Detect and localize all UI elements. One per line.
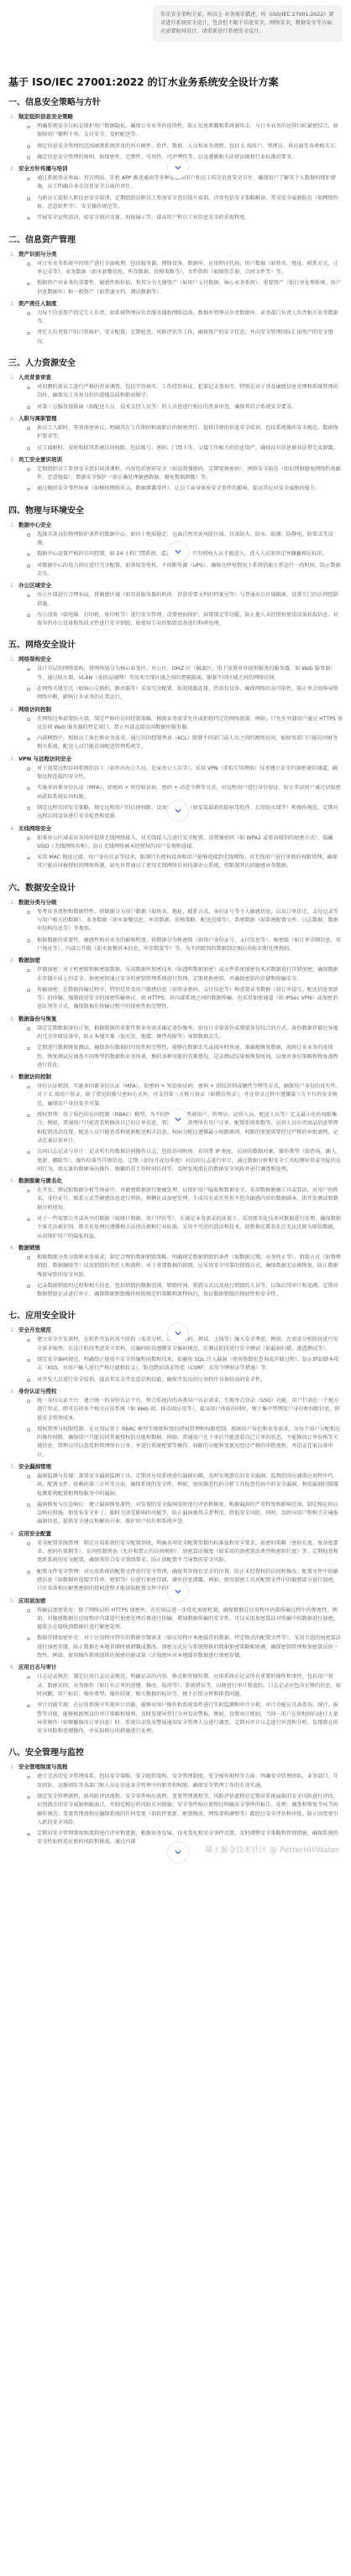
subsection-heading: 1.数据分类与分级 <box>8 898 343 907</box>
list-item: 在开发、测试和数据分析等场景中，对敏感数据进行脱敏处理，以保护用户隐私和数据安全… <box>27 1187 343 1213</box>
subsection-title: 应用安全配置 <box>18 1529 51 1539</box>
hollow-circle-bullet-icon <box>27 767 30 771</box>
subsection-number: 3. <box>8 1462 18 1472</box>
list-item-text: 审计功能实现：在应用系统中实现审计功能，能够对用户操作和系统事件进行实时监测和审… <box>37 1702 338 1734</box>
hollow-circle-bullet-icon <box>27 332 30 335</box>
subsection-number: 1. <box>8 1326 18 1335</box>
subsection-heading: 2.身份认证与授权 <box>8 1387 343 1396</box>
list-item: 明确系统安全目标是保护用户数据隐私、确保订水业务的连续性、防止信息泄露和系统被攻… <box>27 122 343 140</box>
subsection-title: 安全漏洞管理 <box>18 1462 51 1472</box>
list-item-text: 在网络关键节点（如核心交换机、路由器等）采用冗余配置，如双链路连接、热备份设备，… <box>37 686 338 700</box>
bullet-list: 为每个信息资产指定专人负责，如系统管理员负责服务器和网络设备，数据库管理员负责数… <box>8 309 343 346</box>
list-item: 漏洞监测与发现：部署安全漏洞监测工具，定期对应用系统进行漏洞扫描，及时发现潜在的… <box>27 1472 343 1498</box>
subsection-heading: 6.数据销毁 <box>8 1244 343 1253</box>
subsection-title: 身份认证与授权 <box>18 1387 57 1396</box>
hollow-circle-bullet-icon <box>27 787 30 791</box>
subsection-number: 1. <box>8 898 18 907</box>
list-item: 审计功能实现：在应用系统中实现审计功能，能够对用户操作和系统事件进行实时监测和审… <box>27 1701 343 1736</box>
section-title: 七、应用安全设计 <box>8 1311 343 1322</box>
subsection-number: 4. <box>8 824 18 834</box>
list-item-text: 定期组织员工参加安全意识培训课程，内容包括密码安全（如设置强密码、定期更换密码）… <box>37 466 341 480</box>
list-item-text: 在网络边界部署防火墙，制定严格的访问控制策略，根据业务需求允许或拒绝特定的网络流… <box>37 716 343 730</box>
subsection-number: 3. <box>8 755 18 764</box>
hollow-circle-bullet-icon <box>27 1359 30 1363</box>
list-item: 根据数据分类分级和业务需求，制定合理的数据销毁策略。明确规定数据销毁的条件（如数… <box>27 1254 343 1280</box>
hollow-circle-bullet-icon <box>27 1609 30 1613</box>
list-item: 制定安全管理流程，如风险评估流程、安全事件响应流程、变更管理流程等。风险评估流程… <box>27 1793 343 1827</box>
bullet-list: 根据数据分类分级和业务需求，制定合理的数据销毁策略。明确规定数据销毁的条件（如数… <box>8 1254 343 1299</box>
subsection-number: 4. <box>8 1072 18 1082</box>
user-prompt-bubble: 你是安全架构专家，按以上 业务需求描述，按《ISO/IEC 27001:2022… <box>153 5 343 42</box>
list-item-text: 身份认证机制：实施多因素身份认证（MFA），如密码 + 短信验证码、密码 + 指… <box>37 1083 341 1107</box>
subsection-number: 5. <box>8 1176 18 1186</box>
subsection-number: 1. <box>8 373 18 382</box>
list-item: 安全配置基线管理：制定应用系统的安全配置基线，明确各项安全配置参数的标准值和安全… <box>27 1540 343 1566</box>
bullet-list: 对订水业务系统中的资产进行全面梳理，包括服务器、网络设备、数据库、应用程序代码、… <box>8 260 343 297</box>
subsection-number: 4. <box>8 1529 18 1539</box>
bullet-list: 如果办公区域或业务场所提供无线网络接入，对无线接入点进行安全配置，设置强密码（如… <box>8 834 343 871</box>
subsection-number: 2. <box>8 581 18 590</box>
hollow-circle-bullet-icon <box>27 1504 30 1507</box>
list-item: 记录数据销毁的过程和相关信息，包括销毁的数据范围、销毁时间、销毁方式以及执行销毁… <box>27 1282 343 1300</box>
list-item: 建立完善的安全管理体系，包括安全策略、安全组织架构、安全管理制度、安全操作规程等… <box>27 1773 343 1790</box>
list-item-text: 传输加密：在数据传输过程中，特别是涉及用户敏感信息（如登录密码、支付信息等）和重… <box>37 987 338 1010</box>
list-item-text: 漏洞监测与发现：部署安全漏洞监测工具，定期对应用系统进行漏洞扫描，及时发现潜在的… <box>37 1473 338 1497</box>
list-item: 通过系统登录界面、官方网站、手机 APP 推送通知等多种渠道向用户和员工传达信息… <box>27 174 343 192</box>
list-item-text: 制定安全管理流程，如风险评估流程、安全事件响应流程、变更管理流程等。风险评估流程… <box>37 1794 338 1826</box>
list-item-text: 为每个信息资产指定专人负责，如系统管理员负责服务器和网络设备，数据库管理员负责数… <box>37 310 338 325</box>
list-item-text: 通过模拟安全事件场景（如模拟网络攻击、数据泄露事件），让员工亲身体验安全事件的影… <box>37 486 320 491</box>
list-item: 内部网络中，根据员工角色和业务需求，通过访问控制列表（ACL）限制不同部门或人员… <box>27 735 343 752</box>
bullet-list: 参考业务流程和数据特性，将数据分为用户数据（如姓名、地址、联系方式、身份证号等个… <box>8 908 343 953</box>
subsection-heading: 4.数据访问控制 <box>8 1072 343 1082</box>
subsection-number: 6. <box>8 1244 18 1253</box>
list-item: 规定信息安全管理的范围涵盖系统涉及的所有硬件、软件、数据、人员和业务流程，包括 … <box>27 143 343 151</box>
hollow-circle-bullet-icon <box>27 1379 30 1382</box>
chevron-down-icon <box>175 1849 181 1856</box>
list-item: 对数据中心的电力供应进行冗余配置，如备用发电机、不间断电源（UPS），确保在停电… <box>27 562 343 579</box>
hollow-circle-bullet-icon <box>27 156 30 159</box>
list-item-text: 开展安全宣传活动，如安全知识竞赛、海报展示等，提高用户和员工对信息安全的重视程度… <box>37 215 250 221</box>
list-item-text: 为新员工提供入职信息安全培训，定期组织在职员工参加安全意识提升培训，内容包括安全… <box>37 195 338 210</box>
hollow-circle-bullet-icon <box>27 1796 30 1800</box>
subsection-title: 办公区域安全 <box>18 581 51 590</box>
scroll-down-button[interactable] <box>167 800 189 822</box>
subsection-heading: 1.数据中心安全 <box>8 521 343 530</box>
subsection-number: 1. <box>8 1763 18 1772</box>
chevron-down-icon <box>175 548 181 555</box>
hollow-circle-bullet-icon <box>27 1676 30 1680</box>
chevron-down-icon <box>175 1116 181 1123</box>
subsection: 1.资产识别与分类对订水业务系统中的资产进行全面梳理，包括服务器、网络设备、数据… <box>8 250 343 297</box>
hollow-circle-bullet-icon <box>27 1339 30 1343</box>
list-item-text: 办公设备（如电脑、打印机、复印机等）进行安全管理，设置密码保护、屏幕锁定等功能，… <box>37 612 338 626</box>
hollow-circle-bullet-icon <box>27 1190 30 1193</box>
list-item-text: 安全配置基线管理：制定应用系统的安全配置基线，明确各项安全配置参数的标准值和安全… <box>37 1540 338 1564</box>
list-item-text: 日志记录规范：制定应用日志记录规范，明确记录的内容、格式和存储位置。应用系统应记… <box>37 1674 341 1697</box>
list-item: 对开发人员进行安全培训，提高其安全开发意识和技能，确保开发出的应用程序具备较高的… <box>27 1376 343 1384</box>
list-item-text: 制定安全编码规范，明确禁止使用不安全的编程函数和技术，如避免 SQL 注入漏洞（… <box>37 1357 339 1371</box>
list-item: 对于需要远程访问系统的员工（如外出办公人员、在家办公人员等），采用 VPN（虚拟… <box>27 765 343 782</box>
bullet-list: 办公区域进行合理布局，将敏感区域（如存放服务器的机房、存放重要文档的档案室等）与… <box>8 591 343 628</box>
list-item: 制定安全编码规范，明确禁止使用不安全的编程函数和技术，如避免 SQL 注入漏洞（… <box>27 1356 343 1374</box>
subsection-heading: 3.安全漏洞管理 <box>8 1462 343 1472</box>
hollow-circle-bullet-icon <box>27 1400 30 1403</box>
hollow-circle-bullet-icon <box>27 312 30 315</box>
hollow-circle-bullet-icon <box>27 1833 30 1836</box>
hollow-circle-bullet-icon <box>27 447 30 450</box>
section: 二、信息资产管理1.资产识别与分类对订水业务系统中的资产进行全面梳理，包括服务器… <box>8 235 343 346</box>
subsection: 2.办公区域安全办公区域进行合理布局，将敏感区域（如存放服务器的机房、存放重要文… <box>8 581 343 628</box>
list-item: 定期进行数据恢复测试，确保备份数据的可用性和完整性，能够在数据丢失或损坏时快速、… <box>27 1044 343 1070</box>
subsection: 1.人员背景审查对招聘的新员工进行严格的背景调查，包括学历核实、工作经历验证、犯… <box>8 373 343 412</box>
list-item-text: 如果办公区域或业务场所提供无线网络接入，对无线接入点进行安全配置，设置强密码（如… <box>37 835 333 849</box>
hollow-circle-bullet-icon <box>27 1086 30 1089</box>
scroll-down-button[interactable] <box>167 1581 189 1602</box>
section-title: 五、网络安全设计 <box>8 640 343 652</box>
subsection: 3.员工安全意识培训定期组织员工参加安全意识培训课程，内容包括密码安全（如设置强… <box>8 455 343 494</box>
list-item: 如果办公区域或业务场所提供无线网络接入，对无线接入点进行安全配置，设置强密码（如… <box>27 834 343 852</box>
section-title: 八、安全管理与监控 <box>8 1748 343 1759</box>
subsection: 1.网络架构安全设计分层的网络架构，将网络划分为核心业务区、办公区、DMZ 区（… <box>8 655 343 702</box>
list-item: 统一身份认证平台：建立统一的身份认证平台，整合系统内的各类用户认证需求，实现单点… <box>27 1397 343 1423</box>
hollow-circle-bullet-icon <box>27 688 30 691</box>
list-item-text: 通过系统登录界面、官方网站、手机 APP 推送通知等多种渠道向用户和员工传达信息… <box>37 175 336 190</box>
list-item-text: 对开发人员进行安全培训，提高其安全开发意识和技能，确保开发出的应用程序具备较高的… <box>37 1377 265 1383</box>
subsection-title: 应用日志与审计 <box>18 1663 57 1672</box>
list-item: 在网络边界部署防火墙，制定严格的访问控制策略，根据业务需求允许或拒绝特定的网络流… <box>27 715 343 733</box>
subsection-heading: 2.数据加密 <box>8 956 343 965</box>
hollow-circle-bullet-icon <box>27 969 30 973</box>
list-item: 员工离职时，及时收回其系统访问权限，包括账号、密码、门禁卡等，交接工作相关的信息… <box>27 444 343 453</box>
bullet-list: 统一身份认证平台：建立统一的身份认证平台，整合系统内的各类用户认证需求，实现单点… <box>8 1397 343 1460</box>
chevron-down-icon <box>175 808 181 814</box>
bullet-list: 传输层加密优化：除了网络层的 HTTPS 加密外，在应用层进一步优化加密机制，确… <box>8 1607 343 1661</box>
subsection-number: 3. <box>8 1015 18 1024</box>
document-title: 基于 ISO/IEC 27001:2022 的订水业务系统安全设计方案 <box>8 75 343 89</box>
subsection: 3.数据备份与恢复制定定期数据备份计划，根据数据的重要性和业务需求确定备份频率，… <box>8 1015 343 1070</box>
list-item-text: 确定信息安全管理的原则，如保密性、完整性、可用性、可追溯性等，以及遵循相关法律法… <box>37 154 296 160</box>
subsection: 2.资产责任人制度为每个信息资产指定专人负责，如系统管理员负责服务器和网络设备，… <box>8 299 343 346</box>
list-item-text: 数据存储加密补充：对于应用程序特有的数据存储需求（如应用程序本地缓存的数据、特定… <box>37 1635 341 1659</box>
list-item: 根据数据的重要性、敏感性和对业务的影响程度，将数据分为机密级（如用户身份证号、支… <box>27 937 343 954</box>
subsection: 6.数据销毁根据数据分类分级和业务需求，制定合理的数据销毁策略。明确规定数据销毁… <box>8 1244 343 1299</box>
list-item-text: 存储加密：对于机密级和秘密级数据，采用数据库加密技术（如透明数据加密）或文件系统… <box>37 967 338 981</box>
subsection-number: 2. <box>8 956 18 965</box>
list-item-text: 设计分层的网络架构，将网络划分为核心业务区、办公区、DMZ 区（隔离区，用于放置… <box>37 666 335 680</box>
subsection-title: 安全开发规范 <box>18 1326 51 1335</box>
scroll-down-button[interactable] <box>167 157 189 179</box>
subsection-number: 1. <box>8 655 18 664</box>
bullet-list: 在网络边界部署防火墙，制定严格的访问控制策略，根据业务需求允许或拒绝特定的网络流… <box>8 715 343 752</box>
subsection-heading: 3.数据备份与恢复 <box>8 1015 343 1024</box>
bullet-list: 对招聘的新员工进行严格的背景调查，包括学历核实、工作经历验证、犯罪记录查询等，特… <box>8 383 343 412</box>
list-item-text: 采用 MAC 地址过滤、用户身份认证等技术，限制只有授权设备和用户能够连接到无线… <box>37 854 338 869</box>
hollow-circle-bullet-icon <box>27 564 30 568</box>
hollow-circle-bullet-icon <box>27 387 30 390</box>
hollow-circle-bullet-icon <box>27 1571 30 1574</box>
list-item: 为每个信息资产指定专人负责，如系统管理员负责服务器和网络设备，数据库管理员负责数… <box>27 309 343 327</box>
list-item-text: 定期进行数据恢复测试，确保备份数据的可用性和完整性，能够在数据丢失或损坏时快速、… <box>37 1045 338 1068</box>
subsection-number: 2. <box>8 164 18 174</box>
hollow-circle-bullet-icon <box>27 1542 30 1545</box>
section-title: 二、信息资产管理 <box>8 235 343 247</box>
hollow-circle-bullet-icon <box>27 807 30 810</box>
subsection: 2.入职与离职管理新员工入职时，签署保密协议，明确其在工作期间和离职后的保密责任… <box>8 414 343 453</box>
section-title: 六、数据安全设计 <box>8 883 343 895</box>
list-item: 身份认证机制：实施多因素身份认证（MFA），如密码 + 短信验证码、密码 + 指… <box>27 1083 343 1109</box>
subsection-title: 员工安全意识培训 <box>18 455 62 465</box>
subsection: 1.安全管理制度与流程建立完善的安全管理体系，包括安全策略、安全组织架构、安全管… <box>8 1763 343 1846</box>
list-item: 传输层加密优化：除了网络层的 HTTPS 加密外，在应用层进一步优化加密机制，确… <box>27 1607 343 1633</box>
bullet-list: 建立完善的安全管理体系，包括安全策略、安全组织架构、安全管理制度、安全操作规程等… <box>8 1773 343 1846</box>
hollow-circle-bullet-icon <box>27 738 30 741</box>
subsection-number: 2. <box>8 299 18 309</box>
subsection-heading: 2.网络访问控制 <box>8 705 343 714</box>
subsection-number: 1. <box>8 250 18 259</box>
subsection-title: 数据加密 <box>18 956 40 965</box>
subsection-number: 1. <box>8 112 18 122</box>
subsection: 2.身份认证与授权统一身份认证平台：建立统一的身份认证平台，整合系统内的各类用户… <box>8 1387 343 1460</box>
hollow-circle-bullet-icon <box>27 553 30 557</box>
subsection-number: 3. <box>8 455 18 465</box>
bullet-list: 新员工入职时，签署保密协议，明确其在工作期间和离职后的保密责任。提供详细的信息安… <box>8 424 343 453</box>
list-item: 办公设备（如电脑、打印机、复印机等）进行安全管理，设置密码保护、屏幕锁定等功能，… <box>27 611 343 629</box>
list-item: 实施多因素身份认证（MFA），如密码 + 短信验证码、密码 + 动态令牌等方式，… <box>27 784 343 802</box>
list-item-text: 员工离职时，及时收回其系统访问权限，包括账号、密码、门禁卡等，交接工作相关的信息… <box>37 445 338 451</box>
bullet-list: 在开发、测试和数据分析等场景中，对敏感数据进行脱敏处理，以保护用户隐私和数据安全… <box>8 1187 343 1241</box>
list-item: 访问日志记录与审计：记录所有的数据访问操作日志，包括访问时间、访问者 IP 地址… <box>27 1148 343 1174</box>
subsection-heading: 1.资产识别与分类 <box>8 250 343 259</box>
subsection-title: 数据访问控制 <box>18 1072 51 1082</box>
hollow-circle-bullet-icon <box>27 1114 30 1118</box>
list-item: 对于一些需要公开或共享的数据（如统计数据、用户评价等），在满足业务需求的前提下，… <box>27 1215 343 1241</box>
subsection: 2.数据加密存储加密：对于机密级和秘密级数据，采用数据库加密技术（如透明数据加密… <box>8 956 343 1011</box>
subsection-title: 资产责任人制度 <box>18 299 57 309</box>
hollow-circle-bullet-icon <box>27 1285 30 1288</box>
subsection: 2.网络访问控制在网络边界部署防火墙，制定严格的访问控制策略，根据业务需求允许或… <box>8 705 343 752</box>
subsection: 6.应用日志与审计日志记录规范：制定应用日志记录规范，明确记录的内容、格式和存储… <box>8 1663 343 1736</box>
hollow-circle-bullet-icon <box>27 1428 30 1431</box>
list-item-text: 统一身份认证平台：建立统一的身份认证平台，整合系统内的各类用户认证需求，实现单点… <box>37 1398 340 1421</box>
subsection-heading: 1.安全管理制度与流程 <box>8 1763 343 1772</box>
list-item: 传输加密：在数据传输过程中，特别是涉及用户敏感信息（如登录密码、支付信息等）和重… <box>27 986 343 1012</box>
subsection-heading: 2.办公区域安全 <box>8 581 343 590</box>
hollow-circle-bullet-icon <box>27 1047 30 1051</box>
list-item-text: 建立安全开发流程，在软件开发的各个阶段（需求分析、设计、编码、测试、上线等）融入… <box>37 1337 338 1351</box>
watermark: 稀土掘金技术社区 @ PetterHillWater <box>205 1844 339 1855</box>
hollow-circle-bullet-icon <box>27 1638 30 1641</box>
bullet-list: 通过系统登录界面、官方网站、手机 APP 推送通知等多种渠道向用户和员工传达信息… <box>8 174 343 222</box>
subsection-title: 无线网络安全 <box>18 824 51 834</box>
subsection-title: 人员背景审查 <box>18 373 51 382</box>
scroll-down-button[interactable] <box>167 1109 189 1130</box>
list-item: 授权管理与权限控制：在应用层基于 RBAC 模型实现细粒度的授权管理和权限控制。… <box>27 1426 343 1460</box>
hollow-circle-bullet-icon <box>27 468 30 471</box>
list-item: 定期组织员工参加安全意识培训课程，内容包括密码安全（如设置强密码、定期更换密码）… <box>27 465 343 483</box>
subsection-number: 5. <box>8 1597 18 1606</box>
section: 三、人力资源安全1.人员背景审查对招聘的新员工进行严格的背景调查，包括学历核实、… <box>8 358 343 494</box>
subsection-title: 制定组织信息安全策略 <box>18 112 73 122</box>
subsection-number: 2. <box>8 1387 18 1396</box>
subsection: 3.安全漏洞管理漏洞监测与发现：部署安全漏洞监测工具，定期对应用系统进行漏洞扫描… <box>8 1462 343 1527</box>
list-item: 采用 MAC 地址过滤、用户身份认证等技术，限制只有授权设备和用户能够连接到无线… <box>27 854 343 871</box>
list-item-text: 新员工入职时，签署保密协议，明确其在工作期间和离职后的保密责任。提供详细的信息安… <box>37 425 338 439</box>
hollow-circle-bullet-icon <box>27 614 30 617</box>
section: 四、物理与环境安全1.数据中心安全选择具备良好物理防护条件的数据中心，如位于地质… <box>8 506 343 629</box>
subsection-heading: 6.应用日志与审计 <box>8 1663 343 1672</box>
subsection-title: 入职与离职管理 <box>18 414 57 423</box>
hollow-circle-bullet-icon <box>27 197 30 200</box>
subsection-title: VPN 与远程访问安全 <box>18 755 71 764</box>
list-item-text: 在开发、测试和数据分析等场景中，对敏感数据进行脱敏处理，以保护用户隐私和数据安全… <box>37 1187 338 1211</box>
subsection: 5.数据脱敏与匿名化在开发、测试和数据分析等场景中，对敏感数据进行脱敏处理，以保… <box>8 1176 343 1241</box>
subsection-number: 1. <box>8 521 18 530</box>
list-item-text: 制定定期数据备份计划，根据数据的重要性和业务需求确定备份频率，如每日全量备份或增… <box>37 1026 338 1040</box>
subsection-heading: 4.无线网络安全 <box>8 824 343 834</box>
list-item-text: 传输层加密优化：除了网络层的 HTTPS 加密外，在应用层进一步优化加密机制，确… <box>37 1607 338 1631</box>
list-item-text: 对于一些需要公开或共享的数据（如统计数据、用户评价等），在满足业务需求的前提下，… <box>37 1216 341 1239</box>
list-item-text: 内部网络中，根据员工角色和业务需求，通过访问控制列表（ACL）限制不同部门或人员… <box>37 735 338 750</box>
section: 六、数据安全设计1.数据分类与分级参考业务流程和数据特性，将数据分为用户数据（如… <box>8 883 343 1300</box>
list-item-text: 实施多因素身份认证（MFA），如密码 + 短信验证码、密码 + 动态令牌等方式，… <box>37 785 341 799</box>
subsection: 4.无线网络安全如果办公区域或业务场所提供无线网络接入，对无线接入点进行安全配置… <box>8 824 343 871</box>
list-item-text: 访问日志记录与审计：记录所有的数据访问操作日志，包括访问时间、访问者 IP 地址… <box>37 1149 341 1172</box>
list-item: 制定定期数据备份计划，根据数据的重要性和业务需求确定备份频率，如每日全量备份或增… <box>27 1025 343 1042</box>
hollow-circle-bullet-icon <box>27 1151 30 1155</box>
bullet-list: 设计分层的网络架构，将网络划分为核心业务区、办公区、DMZ 区（隔离区，用于放置… <box>8 665 343 702</box>
bullet-list: 明确系统安全目标是保护用户数据隐私、确保订水业务的连续性、防止信息泄露和系统被攻… <box>8 122 343 162</box>
hollow-circle-bullet-icon <box>27 427 30 430</box>
hollow-circle-bullet-icon <box>27 488 30 491</box>
hollow-circle-bullet-icon <box>27 217 30 221</box>
subsection-heading: 3.员工安全意识培训 <box>8 455 343 465</box>
subsection-title: 数据脱敏与匿名化 <box>18 1176 62 1186</box>
subsection-heading: 1.制定组织信息安全策略 <box>8 112 343 122</box>
subsection-title: 安全方针传播与培训 <box>18 164 68 174</box>
hollow-circle-bullet-icon <box>27 283 30 286</box>
list-item: 对订水业务系统中的资产进行全面梳理，包括服务器、网络设备、数据库、应用程序代码、… <box>27 260 343 278</box>
list-item-text: 办公区域进行合理布局，将敏感区域（如存放服务器的机房、存放重要文档的档案室等）与… <box>37 592 338 606</box>
list-item: 责任人负责资产的日常维护、安全配置、定期检查、风险评估等工作，确保资产的安全状态… <box>27 329 343 346</box>
bullet-list: 制定定期数据备份计划，根据数据的重要性和业务需求确定备份频率，如每日全量备份或增… <box>8 1025 343 1070</box>
list-item-text: 对招聘的新员工进行严格的背景调查，包括学历核实、工作经历验证、犯罪记录查询等，特… <box>37 384 338 398</box>
list-item: 对第三方服务提供商（如配送人员、技术支持人员等）的人员也进行相应的背景审查，确保… <box>27 403 343 412</box>
hollow-circle-bullet-icon <box>27 718 30 721</box>
list-item: 新员工入职时，签署保密协议，明确其在工作期间和离职后的保密责任。提供详细的信息安… <box>27 424 343 442</box>
list-item: 设计分层的网络架构，将网络划分为核心业务区、办公区、DMZ 区（隔离区，用于放置… <box>27 665 343 683</box>
chevron-down-icon <box>175 1330 181 1337</box>
section: 八、安全管理与监控1.安全管理制度与流程建立完善的安全管理体系，包括安全策略、安… <box>8 1748 343 1846</box>
list-item-text: 明确系统安全目标是保护用户数据隐私、确保订水业务的连续性、防止信息泄露和系统被攻… <box>37 123 338 138</box>
subsection-number: 6. <box>8 1663 18 1672</box>
list-item-text: 对数据中心的电力供应进行冗余配置，如备用发电机、不间断电源（UPS），确保在停电… <box>37 563 341 577</box>
list-item-text: 根据资产对业务的重要性、敏感性和价值，将其分为关键资产（如用户支付数据、核心业务… <box>37 280 341 294</box>
subsection: 1.制定组织信息安全策略明确系统安全目标是保护用户数据隐私、确保订水业务的连续性… <box>8 112 343 162</box>
list-item: 漏洞修复与应急响应：建立漏洞修复流程，对发现的安全漏洞及时进行评估和修复。根据漏… <box>27 1501 343 1527</box>
subsection-title: 应用层加密 <box>18 1597 46 1606</box>
list-item-text: 对于需要远程访问系统的员工（如外出办公人员、在家办公人员等），采用 VPN（虚拟… <box>37 766 338 780</box>
bullet-list: 漏洞监测与发现：部署安全漏洞监测工具，定期对应用系统进行漏洞扫描，及时发现潜在的… <box>8 1472 343 1527</box>
hollow-circle-bullet-icon <box>27 595 30 598</box>
list-item: 日志记录规范：制定应用日志记录规范，明确记录的内容、格式和存储位置。应用系统应记… <box>27 1673 343 1699</box>
scroll-down-button[interactable] <box>167 541 189 563</box>
hollow-circle-bullet-icon <box>27 1776 30 1779</box>
list-item: 开展安全宣传活动，如安全知识竞赛、海报展示等，提高用户和员工对信息安全的重视程度… <box>27 214 343 222</box>
scroll-down-button[interactable] <box>167 1841 189 1863</box>
hollow-circle-bullet-icon <box>27 262 30 266</box>
list-item-text: 规定信息安全管理的范围涵盖系统涉及的所有硬件、软件、数据、人员和业务流程，包括 … <box>37 143 340 149</box>
hollow-circle-bullet-icon <box>27 857 30 860</box>
list-item: 办公区域进行合理布局，将敏感区域（如存放服务器的机房、存放重要文档的档案室等）与… <box>27 591 343 609</box>
list-item-text: 对第三方服务提供商（如配送人员、技术支持人员等）的人员也进行相应的背景审查，确保… <box>37 404 296 410</box>
list-item: 对招聘的新员工进行严格的背景调查，包括学历核实、工作经历验证、犯罪记录查询等，特… <box>27 383 343 401</box>
list-item: 为新员工提供入职信息安全培训，定期组织在职员工参加安全意识提升培训，内容包括安全… <box>27 195 343 212</box>
list-item-text: 建立完善的安全管理体系，包括安全策略、安全组织架构、安全管理制度、安全操作规程等… <box>37 1774 338 1788</box>
hollow-circle-bullet-icon <box>27 668 30 672</box>
list-item-text: 参考业务流程和数据特性，将数据分为用户数据（如姓名、地址、联系方式、身份证号等个… <box>37 909 338 932</box>
hollow-circle-bullet-icon <box>27 145 30 148</box>
section-title: 四、物理与环境安全 <box>8 506 343 517</box>
hollow-circle-bullet-icon <box>27 178 30 181</box>
subsection-title: 网络架构安全 <box>18 655 51 664</box>
bullet-list: 定期组织员工参加安全意识培训课程，内容包括密码安全（如设置强密码、定期更换密码）… <box>8 465 343 494</box>
hollow-circle-bullet-icon <box>27 837 30 840</box>
subsection-title: 数据分类与分级 <box>18 898 57 907</box>
list-item-text: 对订水业务系统中的资产进行全面梳理，包括服务器、网络设备、数据库、应用程序代码、… <box>37 261 338 275</box>
list-item-text: 授权管理与权限控制：在应用层基于 RBAC 模型实现细粒度的授权管理和权限控制。… <box>37 1426 340 1458</box>
subsection-heading: 2.资产责任人制度 <box>8 299 343 309</box>
list-item: 在网络关键节点（如核心交换机、路由器等）采用冗余配置，如双链路连接、热备份设备，… <box>27 685 343 703</box>
section: 七、应用安全设计1.安全开发规范建立安全开发流程，在软件开发的各个阶段（需求分析… <box>8 1311 343 1736</box>
list-item-text: 根据数据的重要性、敏感性和对业务的影响程度，将数据分为机密级（如用户身份证号、支… <box>37 937 341 952</box>
subsection: 1.数据分类与分级参考业务流程和数据特性，将数据分为用户数据（如姓名、地址、联系… <box>8 898 343 953</box>
list-item: 根据资产对业务的重要性、敏感性和价值，将其分为关键资产（如用户支付数据、核心业务… <box>27 279 343 297</box>
list-item-text: 责任人负责资产的日常维护、安全配置、定期检查、风险评估等工作，确保资产的安全状态… <box>37 330 333 344</box>
bullet-list: 存储加密：对于机密级和秘密级数据，采用数据库加密技术（如透明数据加密）或文件系统… <box>8 966 343 1011</box>
subsection-heading: 4.应用安全配置 <box>8 1529 343 1539</box>
hollow-circle-bullet-icon <box>27 533 30 537</box>
subsection-title: 安全管理制度与流程 <box>18 1763 68 1772</box>
subsection: 5.应用层加密传输层加密优化：除了网络层的 HTTPS 加密外，在应用层进一步优… <box>8 1597 343 1661</box>
subsection-title: 数据备份与恢复 <box>18 1015 57 1024</box>
subsection-heading: 5.数据脱敏与匿名化 <box>8 1176 343 1186</box>
subsection-title: 数据中心安全 <box>18 521 51 530</box>
hollow-circle-bullet-icon <box>27 911 30 914</box>
bullet-list: 日志记录规范：制定应用日志记录规范，明确记录的内容、格式和存储位置。应用系统应记… <box>8 1673 343 1736</box>
subsection-heading: 3.VPN 与远程访问安全 <box>8 755 343 764</box>
user-message-row: 你是安全架构专家，按以上 业务需求描述，按《ISO/IEC 27001:2022… <box>8 3 343 42</box>
subsection-title: 资产识别与分类 <box>18 250 57 259</box>
list-item: 参考业务流程和数据特性，将数据分为用户数据（如姓名、地址、联系方式、身份证号等个… <box>27 908 343 934</box>
section: 五、网络安全设计1.网络架构安全设计分层的网络架构，将网络划分为核心业务区、办公… <box>8 640 343 870</box>
list-item: 存储加密：对于机密级和秘密级数据，采用数据库加密技术（如透明数据加密）或文件系统… <box>27 966 343 984</box>
list-item-text: 记录数据销毁的过程和相关信息，包括销毁的数据范围、销毁时间、销毁方式以及执行销毁… <box>37 1283 338 1297</box>
hollow-circle-bullet-icon <box>27 989 30 992</box>
hollow-circle-bullet-icon <box>27 939 30 943</box>
hollow-circle-bullet-icon <box>27 406 30 409</box>
hollow-circle-bullet-icon <box>27 126 30 129</box>
hollow-circle-bullet-icon <box>27 1705 30 1708</box>
subsection-number: 2. <box>8 414 18 423</box>
scroll-down-button[interactable] <box>167 1322 189 1344</box>
hollow-circle-bullet-icon <box>27 1475 30 1478</box>
section-title: 一、信息安全策略与方针 <box>8 97 343 109</box>
section-title: 三、人力资源安全 <box>8 358 343 370</box>
list-item: 数据存储加密补充：对于应用程序特有的数据存储需求（如应用程序本地缓存的数据、特定… <box>27 1634 343 1660</box>
hollow-circle-bullet-icon <box>27 1218 30 1222</box>
chevron-down-icon <box>175 1588 181 1595</box>
